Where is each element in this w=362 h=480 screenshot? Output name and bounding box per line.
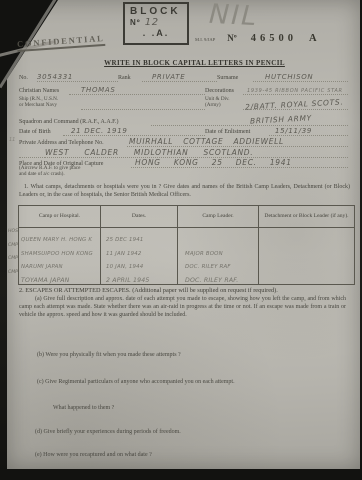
question-2c-text: (c) Give Regimental particulars of anyon… bbox=[37, 379, 235, 385]
question-2e-text: (e) How were you recaptured and on what … bbox=[35, 452, 152, 458]
no-label: No. bbox=[19, 75, 28, 82]
serial-number-row: M.I. 9/JAP Nº 46500 A bbox=[195, 33, 317, 44]
block-no-label: Nº bbox=[130, 18, 141, 27]
nil-handwritten-note: NIL bbox=[208, 0, 259, 32]
service-number-value: 3054331 bbox=[37, 73, 73, 81]
question-2c-followup-text: What happened to them ? bbox=[53, 405, 114, 411]
christian-names-value: THOMAS bbox=[81, 86, 116, 94]
form-row-names: Christian Names THOMAS Decorations 1939-… bbox=[19, 84, 348, 95]
block-no-handwritten-value: 12 bbox=[145, 17, 159, 28]
camps-table: Camp or Hospital. Dates. Camp Leader. De… bbox=[18, 205, 355, 285]
header-camp-or-hospital: Camp or Hospital. bbox=[19, 206, 101, 227]
date-of-enlistment-label: Date of Enlistment bbox=[205, 129, 250, 136]
form-row-dates: Date of Birth 21 DEC. 1919 Date of Enlis… bbox=[19, 125, 348, 136]
serial-suffix: A bbox=[309, 33, 317, 44]
date-of-enlistment-value: 15/11/39 bbox=[275, 127, 312, 135]
question-2d-text: (d) Give briefly your experiences during… bbox=[35, 429, 181, 435]
question-2b-text: (b) Were you physically fit when you mad… bbox=[37, 352, 181, 358]
surname-label: Surname bbox=[217, 75, 238, 82]
table-row: SHAMSUIPOO HON KONG 11 JAN 1942 MAJOR BO… bbox=[19, 242, 354, 256]
address-value-line2: WEST CALDER MIDLOTHIAN SCOTLAND. bbox=[45, 148, 253, 157]
header-camp-leader: Camp Leader. bbox=[178, 206, 259, 227]
margin-code: CMP bbox=[8, 243, 18, 257]
form-instruction-heading: WRITE IN BLOCK CAPITAL LETTERS IN PENCIL bbox=[7, 59, 360, 67]
camps-table-header: Camp or Hospital. Dates. Camp Leader. De… bbox=[19, 206, 354, 228]
unit-div-label-line2: (Army) bbox=[205, 102, 243, 108]
block-stamp-suffix: . .A. bbox=[130, 28, 182, 38]
header-dates: Dates. bbox=[101, 206, 178, 227]
ship-blank-field bbox=[81, 96, 205, 110]
form-paper: CONFIDENTIAL BLOCK Nº 12 . .A. NIL M.I. … bbox=[7, 0, 360, 469]
table-row: NARUMI JAPAN 10 JAN, 1944 DOC. RILEY RAF bbox=[19, 255, 354, 269]
serial-no-label: Nº bbox=[227, 33, 236, 43]
date-value: 2 APRIL 1945 bbox=[106, 277, 150, 284]
form-row-ship-unit: Ship (R.N., U.S.N. or Merchant Navy Unit… bbox=[19, 96, 348, 110]
address-label: Private Address and Telephone No. bbox=[19, 140, 104, 147]
question-2-heading: 2. ESCAPES OR ATTEMPTED ESCAPES. (Additi… bbox=[19, 287, 278, 294]
rank-value: PRIVATE bbox=[152, 73, 185, 81]
serial-number: 46500 bbox=[251, 33, 297, 44]
question-2a-text: (a) Give full description and approx. da… bbox=[19, 296, 346, 319]
camp-value: TOYAMA JAPAN bbox=[21, 277, 69, 284]
stray-pencil-mark: 11 bbox=[9, 137, 15, 143]
table-row: QUEEN MARY H. HONG K 25 DEC 1941 bbox=[19, 228, 354, 242]
ship-label-line2: or Merchant Navy bbox=[19, 102, 81, 108]
date-of-birth-value: 21 DEC. 1919 bbox=[71, 127, 128, 135]
leader-value: DOC. RILEY RAF. bbox=[185, 277, 238, 284]
camps-table-body: QUEEN MARY H. HONG K 25 DEC 1941 SHAMSUI… bbox=[19, 228, 354, 284]
decorations-value: 1939-45 RIBBON PACIFIC STAR bbox=[247, 88, 343, 94]
form-row-address: Private Address and Telephone No. MUIRHA… bbox=[19, 136, 348, 147]
address-value-line1: MUIRHALL COTTAGE ADDIEWELL bbox=[129, 137, 284, 146]
margin-code: HOS bbox=[8, 229, 18, 243]
margin-code: CMP bbox=[8, 270, 18, 284]
form-row-identity: No. 3054331 Rank PRIVATE Surname HUTCHIS… bbox=[19, 71, 348, 82]
rank-label: Rank bbox=[118, 75, 131, 82]
christian-names-label: Christian Names bbox=[19, 88, 59, 95]
block-stamp-word: BLOCK bbox=[130, 6, 182, 17]
mi9-jap-label: M.I. 9/JAP bbox=[195, 37, 215, 42]
question-1-text: 1. What camps, detachments or hospitals … bbox=[19, 184, 350, 200]
date-of-birth-label: Date of Birth bbox=[19, 129, 51, 136]
table-row: TOYAMA JAPAN 2 APRIL 1945 DOC. RILEY RAF… bbox=[19, 269, 354, 283]
table-margin-codes: HOS CMP CMP CMP bbox=[8, 229, 18, 283]
capture-value: HONG KONG 25 DEC. 1941 bbox=[135, 158, 292, 167]
header-detachment-leader: Detachment or Block Leader (if any). bbox=[259, 206, 354, 227]
aircrew-note-line2: and date of a/c crash). bbox=[19, 171, 65, 177]
block-number-stamp: BLOCK Nº 12 . .A. bbox=[123, 2, 189, 45]
margin-code: CMP bbox=[8, 256, 18, 270]
decorations-label: Decorations bbox=[205, 88, 234, 95]
photographed-pow-form: CONFIDENTIAL BLOCK Nº 12 . .A. NIL M.I. … bbox=[0, 0, 362, 480]
surname-value: HUTCHISON bbox=[265, 73, 313, 81]
